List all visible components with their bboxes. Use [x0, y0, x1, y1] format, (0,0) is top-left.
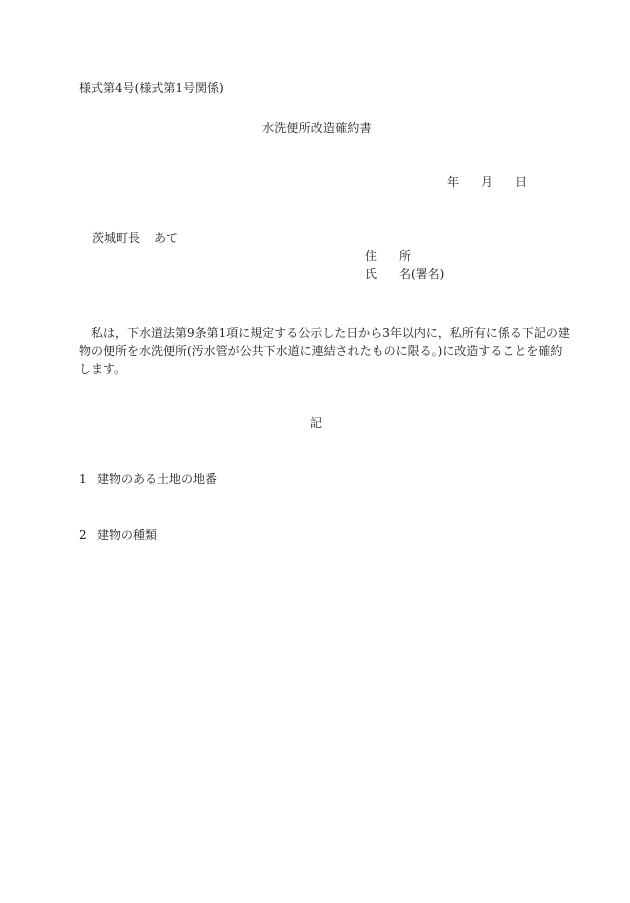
record-heading: 記 [310, 417, 322, 429]
form-number: 様式第4号(様式第1号関係) [79, 82, 224, 94]
list-item: 2建物の種類 [79, 529, 157, 541]
addressee-suffix: あて [154, 231, 178, 245]
addressee: 茨城町長あて [92, 232, 178, 244]
item-label: 建物のある土地の地番 [97, 472, 217, 486]
body-line: 物の便所を水洗便所(汚水管が公共下水道に連結されたものに限る。)に改造することを… [79, 342, 554, 360]
item-number: 1 [79, 473, 97, 485]
body-line: 私は，下水道法第9条第1項に規定する公示した日から3年以内に，私所有に係る下記の… [79, 324, 554, 342]
year-label: 年 [447, 176, 459, 188]
name-label-second: 名(署名) [399, 267, 444, 281]
month-label: 月 [481, 176, 493, 188]
address-label-second: 所 [399, 249, 411, 263]
body-paragraph: 私は，下水道法第9条第1項に規定する公示した日から3年以内に，私所有に係る下記の… [79, 324, 554, 378]
item-number: 2 [79, 529, 97, 541]
body-line: します。 [79, 360, 554, 378]
list-item: 1建物のある土地の地番 [79, 473, 217, 485]
document-title: 水洗便所改造確約書 [262, 122, 372, 134]
addressee-name: 茨城町長 [92, 231, 140, 245]
day-label: 日 [515, 176, 527, 188]
applicant-address-row: 住所 [365, 250, 411, 262]
applicant-name-row: 氏名(署名) [365, 268, 444, 280]
address-label-first: 住 [365, 250, 399, 262]
item-label: 建物の種類 [97, 528, 157, 542]
date-line: 年月日 [447, 176, 527, 188]
name-label-first: 氏 [365, 268, 399, 280]
